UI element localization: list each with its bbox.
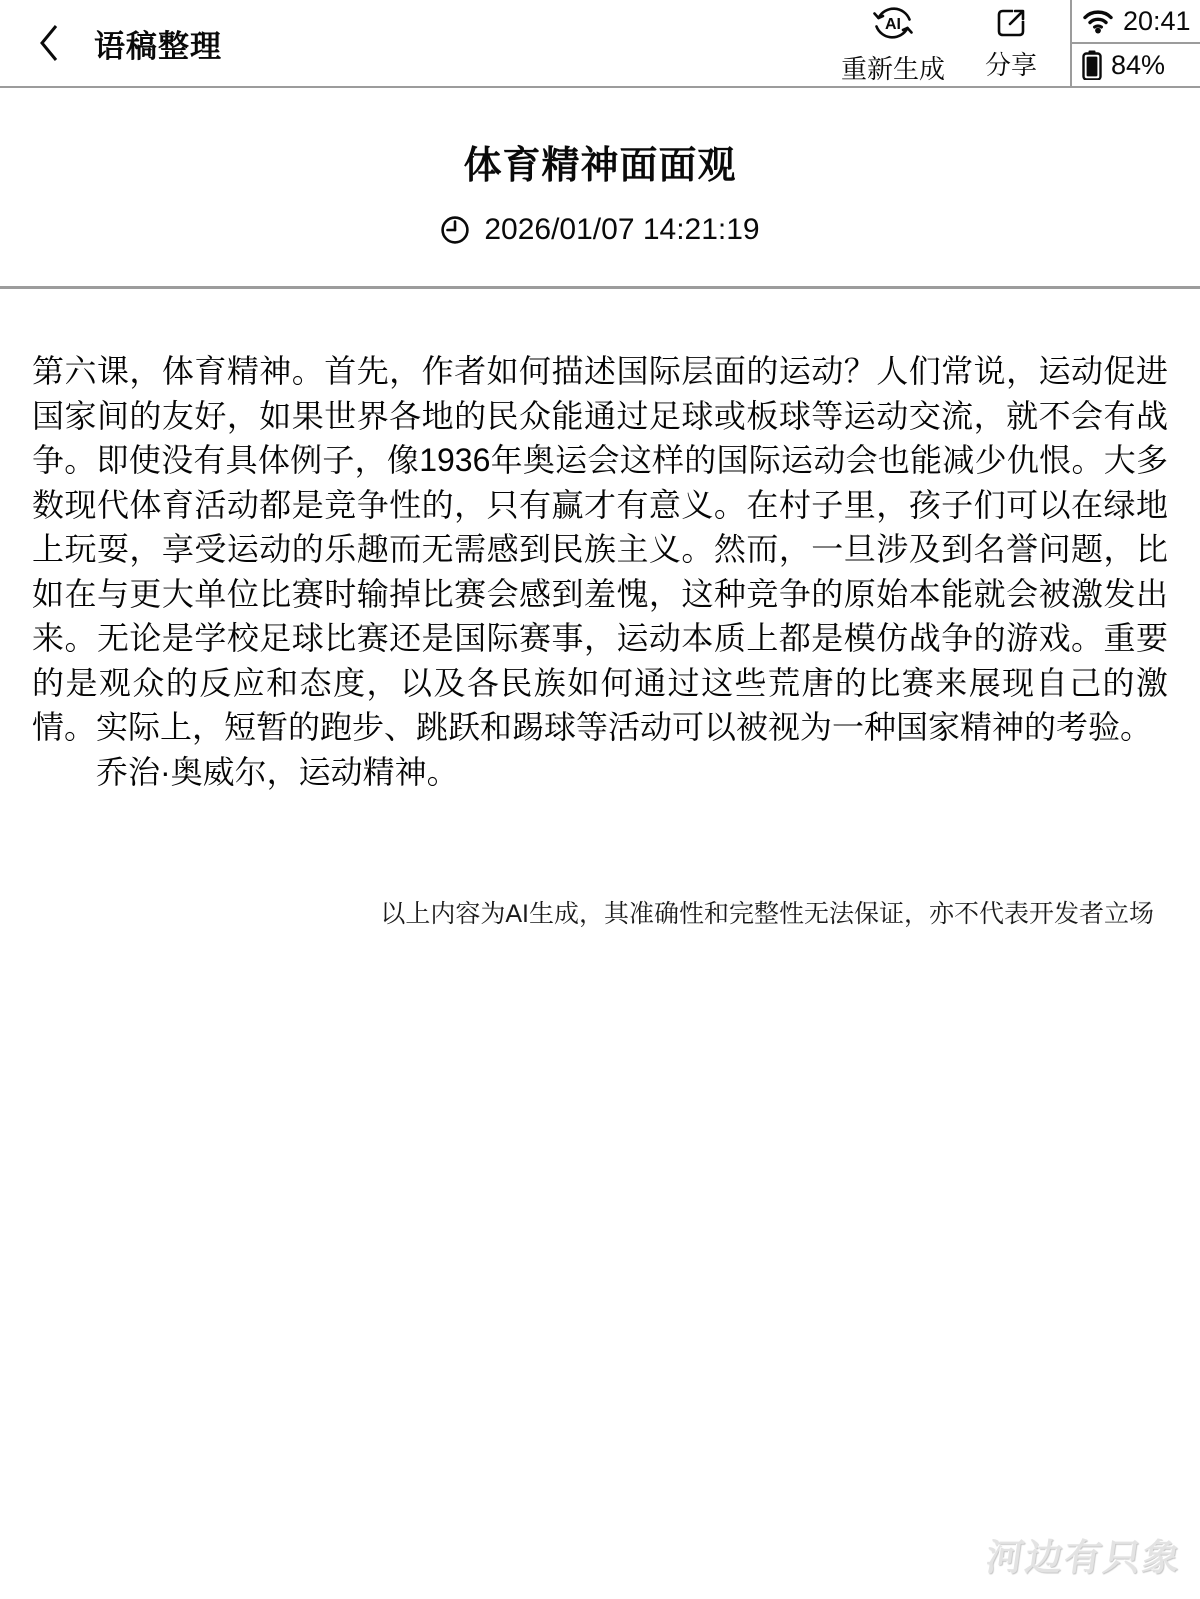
battery-icon <box>1082 50 1102 80</box>
share-icon <box>992 4 1030 42</box>
chevron-left-icon <box>37 22 61 64</box>
status-panel: 20:41 84% <box>1070 0 1200 86</box>
share-label: 分享 <box>985 45 1037 82</box>
body-paragraph: 第六课，体育精神。首先，作者如何描述国际层面的运动？人们常说，运动促进国家间的友… <box>32 349 1168 750</box>
document-timestamp: 2026/01/07 14:21:19 <box>484 213 759 247</box>
page: 语稿整理 AI 重新生成 分享 <box>0 0 1200 1599</box>
battery-percent: 84% <box>1111 50 1165 81</box>
timestamp-row: 2026/01/07 14:21:19 <box>0 213 1200 247</box>
clock-time: 20:41 <box>1123 6 1191 37</box>
svg-text:AI: AI <box>885 16 901 33</box>
header-bar: 语稿整理 AI 重新生成 分享 <box>0 0 1200 88</box>
watermark: 河边有只象 <box>983 1527 1186 1581</box>
ai-regenerate-icon: AI <box>870 0 916 46</box>
share-button[interactable]: 分享 <box>952 0 1070 86</box>
page-title: 语稿整理 <box>94 21 222 66</box>
body-paragraph-attribution: 乔治·奥威尔，运动精神。 <box>32 750 1168 795</box>
regenerate-button[interactable]: AI 重新生成 <box>834 0 952 86</box>
header-left: 语稿整理 <box>0 0 834 86</box>
status-row-battery: 84% <box>1072 42 1200 86</box>
regenerate-label: 重新生成 <box>841 49 945 86</box>
document-title: 体育精神面面观 <box>0 134 1200 189</box>
section-divider <box>0 286 1200 289</box>
document-body: 第六课，体育精神。首先，作者如何描述国际层面的运动？人们常说，运动促进国家间的友… <box>0 349 1200 794</box>
back-button[interactable] <box>34 21 64 65</box>
wifi-icon <box>1082 8 1114 34</box>
status-row-time: 20:41 <box>1072 0 1200 42</box>
clock-icon <box>440 215 470 245</box>
ai-disclaimer: 以上内容为AI生成，其准确性和完整性无法保证，亦不代表开发者立场 <box>0 894 1200 930</box>
